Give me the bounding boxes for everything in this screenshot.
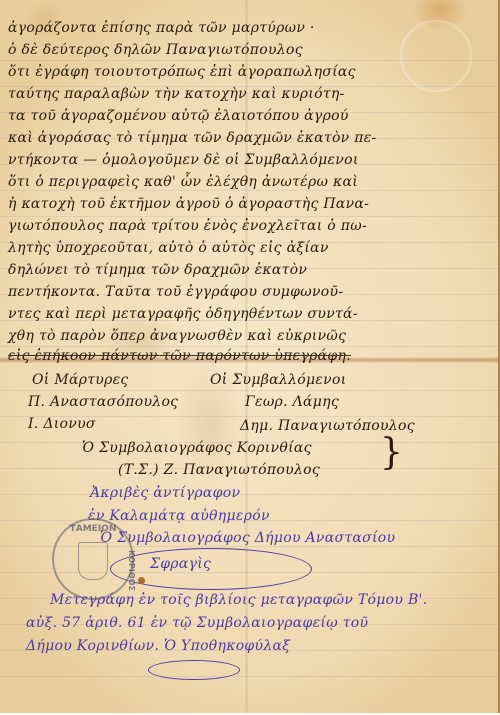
body-line: ἀγοράζοντα ἐπίσης παρὰ τῶν μαρτύρων · xyxy=(8,20,315,36)
official-stamp: ΤΑΜΕΙΟΝ ΚΟΡΙΘΟΣ xyxy=(52,518,134,600)
stamp-top-text: ΤΑΜΕΙΟΝ xyxy=(54,524,132,534)
registration-line: Μετεγράφη ἐν τοῖς βιβλίοις μεταγραφῶν Τό… xyxy=(50,592,427,608)
attestation-line: Ἀκριβὲς ἀντίγραφον xyxy=(90,485,240,501)
party-signature: Γεωρ. Λάμης xyxy=(245,394,339,410)
ruled-line xyxy=(0,494,498,495)
witness-signature: Π. Αναστασόπουλος xyxy=(28,394,178,410)
body-line: δηλώνει τὸ τίμημα τῶν δραχμῶν ἑκατὸν xyxy=(8,262,307,278)
stamp-side-text: ΚΟΡΙΘΟΣ xyxy=(127,550,136,591)
body-line: χθη τὸ παρὸν ὅπερ ἀναγνωσθὲν καὶ εὐκρινῶ… xyxy=(8,328,346,344)
body-line: ὁ δὲ δεύτερος δηλῶν Παναγιωτόπουλος xyxy=(8,42,303,58)
flourish-brace: } xyxy=(380,432,403,473)
body-line: πεντήκοντα. Ταῦτα τοῦ ἐγγράφου συμφωνοῦ- xyxy=(8,284,343,300)
ruled-line xyxy=(0,676,498,677)
attestation-line: ἐν Καλαμάτᾳ αὐθημερόν xyxy=(88,508,270,524)
body-line: καὶ ἀγοράσας τὸ τίμημα τῶν δραχμῶν ἑκατὸ… xyxy=(8,130,377,146)
witnesses-label: Οἱ Μάρτυρες xyxy=(32,372,129,388)
coat-of-arms-icon xyxy=(78,542,108,580)
registration-line: Δήμου Κορινθίων. Ὁ Υποθηκοφύλαξ xyxy=(26,638,290,654)
document-page: ἀγοράζοντα ἐπίσης παρὰ τῶν μαρτύρων · ὁ … xyxy=(0,0,500,713)
body-line: λητὴς ὑποχρεοῦται, αὐτὸ ὁ αὐτὸς εἰς ἀξία… xyxy=(8,240,329,256)
body-line: γιωτόπουλος παρὰ τρίτου ἐνὸς ἐνοχλεῖται … xyxy=(8,218,367,234)
body-line: ταύτης παραλαβὼν τὴν κατοχὴν καὶ κυριότη… xyxy=(8,86,345,102)
body-line: ντες καὶ περὶ μεταγραφῆς ὁδηγηθέντων συν… xyxy=(8,306,358,322)
witness-signature: Ι. Διονυσ xyxy=(28,416,96,432)
embossed-seal xyxy=(400,20,472,92)
ruled-line xyxy=(0,346,498,347)
attestation-line: Ὁ Συμβολαιογράφος Δήμου Αναστασίου xyxy=(100,530,395,546)
body-line: ἡ κατοχὴ τοῦ ἐκτῆμον ἀγροῦ ὁ ἀγοραστὴς Π… xyxy=(8,196,369,212)
body-line: ὅτι ἐγράφη τοιουτοτρόπως ἐπὶ ἀγοραπωλησί… xyxy=(8,64,356,80)
ruled-line xyxy=(0,390,498,391)
ruled-line xyxy=(0,216,498,217)
parties-label: Οἱ Συμβαλλόμενοι xyxy=(210,372,347,388)
notary-label: Ὁ Συμβολαιογράφος Κορινθίας xyxy=(82,440,312,456)
body-line: ὅτι ὁ περιγραφεὶς καθ' ὧν ἐλέχθη ἀνωτέρω… xyxy=(8,174,358,190)
registration-line: αὐξ. 57 ἀριθ. 61 ἐν τῷ Συμβολαιογραφείῳ … xyxy=(26,615,368,631)
body-line: ντήκοντα — ὁμολογοῦμεν δὲ οἱ Συμβαλλόμεν… xyxy=(8,152,359,168)
ink-blot xyxy=(138,577,145,584)
notary-signature: (Τ.Σ.) Ζ. Παναγιωτόπουλος xyxy=(118,462,320,478)
body-line: τα τοῦ ἀγοραζομένου αὐτῷ ἐλαιοτόπου ἀγρο… xyxy=(8,108,349,124)
signature-flourish xyxy=(148,660,240,680)
ruled-line xyxy=(0,190,498,191)
body-line-struck: εἰς ἐπήκοον πάντων τῶν παρόντων ὑπεγράφη… xyxy=(8,348,351,364)
